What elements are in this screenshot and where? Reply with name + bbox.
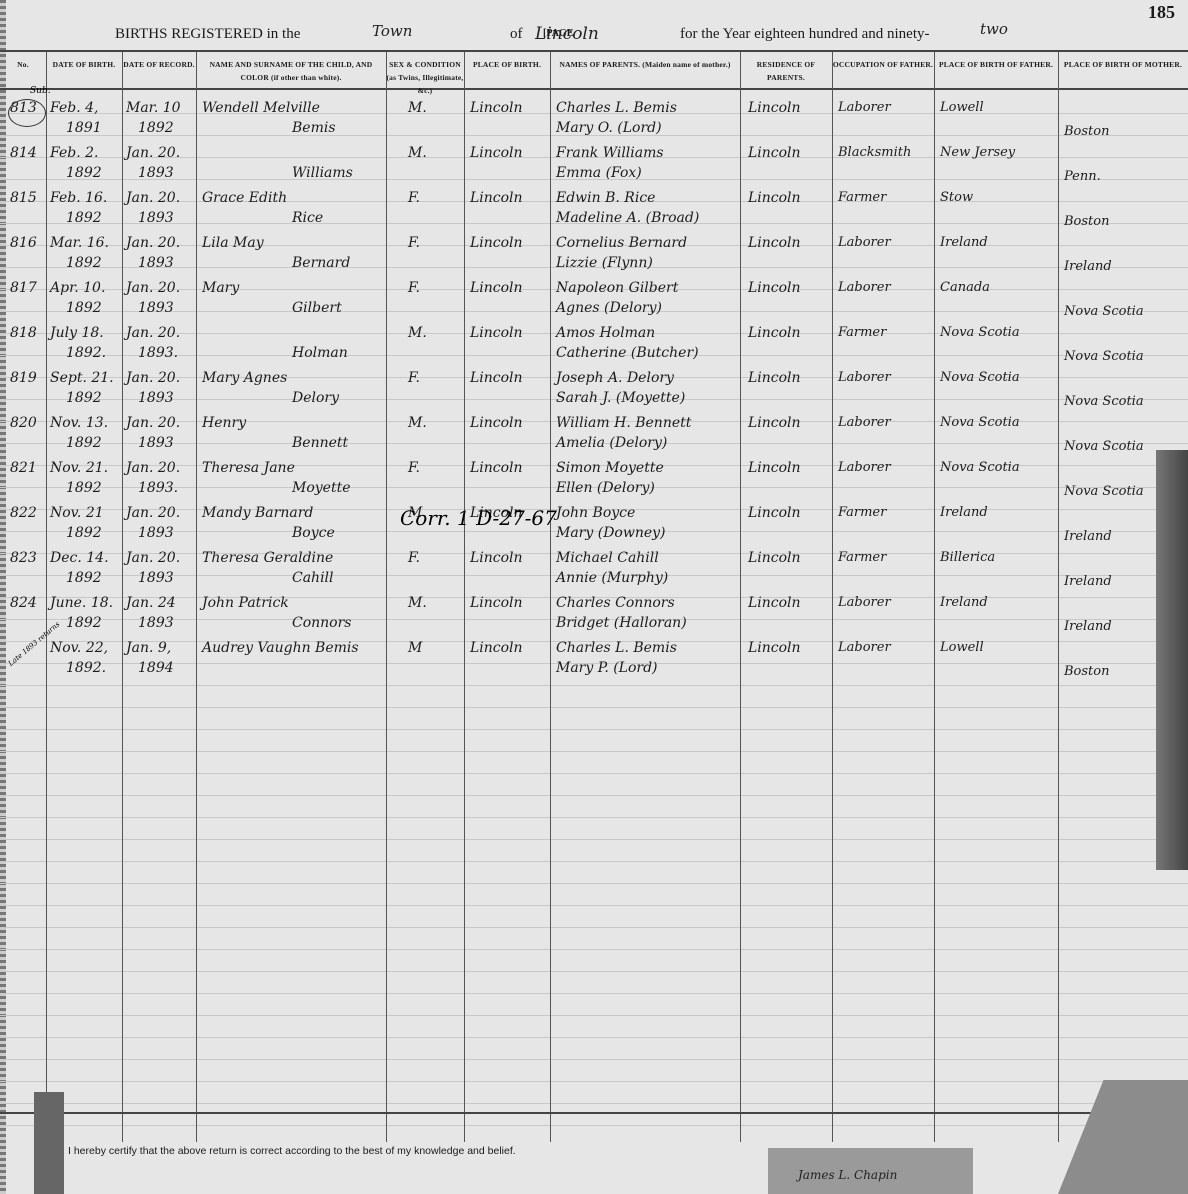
title-prefix: BIRTHS REGISTERED in the xyxy=(115,26,300,43)
record-day: Jan. 24 xyxy=(126,595,176,611)
child-surname: Boyce xyxy=(292,525,335,541)
father-name: Charles Connors xyxy=(556,595,675,611)
father-birthplace: Nova Scotia xyxy=(940,415,1020,430)
mother-birthplace: Nova Scotia xyxy=(1064,394,1144,409)
tape-strip xyxy=(34,1092,64,1194)
table-row: 813Feb. 4,1891Mar. 101892Wendell Melvill… xyxy=(0,96,1188,141)
record-day: Jan. 20. xyxy=(126,370,180,386)
birth-place: Lincoln xyxy=(470,145,523,161)
father-birthplace: Ireland xyxy=(940,235,988,250)
amendment-822: Corr. 1 D-27-67 xyxy=(400,506,557,530)
record-year: 1893 xyxy=(138,255,174,271)
child-surname: Williams xyxy=(292,165,353,181)
mother-birthplace: Ireland xyxy=(1064,619,1112,634)
birth-place: Lincoln xyxy=(470,325,523,341)
child-sex: M. xyxy=(408,145,427,161)
birth-place: Lincoln xyxy=(470,415,523,431)
birth-day: Nov. 21 xyxy=(50,505,104,521)
table-row: 816Mar. 16.1892Jan. 20.1893Lila MayBerna… xyxy=(0,231,1188,276)
father-birthplace: Lowell xyxy=(940,640,984,655)
municipality-type: Town xyxy=(372,22,412,40)
child-sex: M. xyxy=(408,100,427,116)
record-day: Jan. 9, xyxy=(126,640,171,656)
father-birthplace: Lowell xyxy=(940,100,984,115)
birth-place: Lincoln xyxy=(470,640,523,656)
father-occupation: Laborer xyxy=(838,640,891,655)
col-header-no: No. xyxy=(0,52,46,90)
birth-day: Sept. 21. xyxy=(50,370,114,386)
record-day: Jan. 20. xyxy=(126,505,180,521)
table-row: 821Nov. 21.1892Jan. 20.1893.Theresa Jane… xyxy=(0,456,1188,501)
record-year: 1893. xyxy=(138,480,178,496)
table-row: 818July 18.1892.Jan. 20.1893.HolmanM.Lin… xyxy=(0,321,1188,366)
parents-residence: Lincoln xyxy=(748,145,801,161)
parents-residence: Lincoln xyxy=(748,595,801,611)
birth-year: 1892 xyxy=(66,210,102,226)
birth-year: 1892 xyxy=(66,165,102,181)
table-row: 823Dec. 14.1892Jan. 20.1893Theresa Geral… xyxy=(0,546,1188,591)
entry-number: 814 xyxy=(10,145,37,161)
child-surname: Holman xyxy=(292,345,348,361)
father-birthplace: New Jersey xyxy=(940,145,1015,160)
father-birthplace: Nova Scotia xyxy=(940,370,1020,385)
entry-number: 820 xyxy=(10,415,37,431)
child-sex: M xyxy=(408,640,422,656)
birth-day: Nov. 21. xyxy=(50,460,108,476)
child-surname: Delory xyxy=(292,390,339,406)
birth-day: June. 18. xyxy=(50,595,113,611)
mother-name: Emma (Fox) xyxy=(556,165,642,181)
certification-text: I hereby certify that the above return i… xyxy=(68,1145,516,1157)
birth-year: 1892 xyxy=(66,255,102,271)
birth-year: 1892 xyxy=(66,435,102,451)
birth-day: Feb. 4, xyxy=(50,100,98,116)
parents-residence: Lincoln xyxy=(748,505,801,521)
child-sex: F. xyxy=(408,460,420,476)
mother-birthplace: Ireland xyxy=(1064,259,1112,274)
torn-edge xyxy=(1156,450,1188,870)
mother-name: Annie (Murphy) xyxy=(556,570,668,586)
child-sex: F. xyxy=(408,235,420,251)
mother-birthplace: Boston xyxy=(1064,664,1109,679)
of-label: of xyxy=(510,26,523,43)
entry-number: 816 xyxy=(10,235,37,251)
record-year: 1893 xyxy=(138,210,174,226)
table-row: 819Sept. 21.1892Jan. 20.1893Mary AgnesDe… xyxy=(0,366,1188,411)
register-page: BIRTHS REGISTERED in the Town of [PAGE L… xyxy=(0,0,1188,1194)
father-occupation: Farmer xyxy=(838,550,886,565)
birth-day: Nov. 13. xyxy=(50,415,108,431)
birth-day: Apr. 10. xyxy=(50,280,105,296)
year-label: for the Year eighteen hundred and ninety… xyxy=(680,26,930,43)
table-row: 824June. 18.1892Jan. 241893John PatrickC… xyxy=(0,591,1188,636)
mother-birthplace: Nova Scotia xyxy=(1064,439,1144,454)
birth-place: Lincoln xyxy=(470,280,523,296)
father-name: Simon Moyette xyxy=(556,460,664,476)
father-name: Michael Cahill xyxy=(556,550,659,566)
birth-day: Feb. 2. xyxy=(50,145,98,161)
father-occupation: Laborer xyxy=(838,415,891,430)
child-sex: F. xyxy=(408,190,420,206)
mother-birthplace: Boston xyxy=(1064,124,1109,139)
parents-residence: Lincoln xyxy=(748,190,801,206)
entry-number: 822 xyxy=(10,505,37,521)
father-occupation: Laborer xyxy=(838,460,891,475)
mother-birthplace: Nova Scotia xyxy=(1064,304,1144,319)
mother-birthplace: Boston xyxy=(1064,214,1109,229)
father-occupation: Blacksmith xyxy=(838,145,911,160)
parents-residence: Lincoln xyxy=(748,235,801,251)
mother-name: Mary (Downey) xyxy=(556,525,666,541)
mother-name: Catherine (Butcher) xyxy=(556,345,699,361)
father-occupation: Farmer xyxy=(838,325,886,340)
record-day: Jan. 20. xyxy=(126,460,180,476)
child-surname: Rice xyxy=(292,210,323,226)
entry-number: 824 xyxy=(10,595,37,611)
record-year: 1893 xyxy=(138,570,174,586)
father-birthplace: Stow xyxy=(940,190,973,205)
father-occupation: Laborer xyxy=(838,235,891,250)
record-year: 1893 xyxy=(138,300,174,316)
table-row: 820Nov. 13.1892Jan. 20.1893HenryBennettM… xyxy=(0,411,1188,456)
birth-place: Lincoln xyxy=(470,190,523,206)
father-occupation: Laborer xyxy=(838,280,891,295)
father-birthplace: Ireland xyxy=(940,505,988,520)
record-year: 1892 xyxy=(138,120,174,136)
child-surname: Bernard xyxy=(292,255,350,271)
birth-day: July 18. xyxy=(50,325,104,341)
table-bottom-rule xyxy=(0,1112,1188,1114)
father-birthplace: Nova Scotia xyxy=(940,325,1020,340)
child-given-name: Theresa Jane xyxy=(202,460,295,476)
father-occupation: Laborer xyxy=(838,370,891,385)
signature-box: James L. Chapin xyxy=(768,1148,973,1194)
birth-day: Feb. 16. xyxy=(50,190,107,206)
child-given-name: Theresa Geraldine xyxy=(202,550,333,566)
birth-year: 1892 xyxy=(66,480,102,496)
signature: James L. Chapin xyxy=(798,1168,897,1182)
table-row: 822Nov. 211892Jan. 20.1893Mandy BarnardB… xyxy=(0,501,1188,546)
record-year: 1893. xyxy=(138,345,178,361)
col-header-mother-birth: PLACE OF BIRTH OF MOTHER. xyxy=(1058,52,1188,90)
child-sex: M. xyxy=(408,595,427,611)
record-day: Jan. 20. xyxy=(126,550,180,566)
father-birthplace: Ireland xyxy=(940,595,988,610)
birth-year: 1891 xyxy=(66,120,102,136)
entry-number-circle xyxy=(8,99,46,127)
mother-birthplace: Ireland xyxy=(1064,574,1112,589)
table-row: Nov. 22,1892.Jan. 9,1894Audrey Vaughn Be… xyxy=(0,636,1188,681)
mother-name: Amelia (Delory) xyxy=(556,435,667,451)
record-year: 1893 xyxy=(138,435,174,451)
father-name: Charles L. Bemis xyxy=(556,100,677,116)
birth-place: Lincoln xyxy=(470,595,523,611)
record-year: 1893 xyxy=(138,615,174,631)
birth-day: Mar. 16. xyxy=(50,235,109,251)
mother-birthplace: Penn. xyxy=(1064,169,1101,184)
father-birthplace: Nova Scotia xyxy=(940,460,1020,475)
col-header-place: PLACE OF BIRTH. xyxy=(464,52,550,90)
record-day: Jan. 20. xyxy=(126,415,180,431)
mother-name: Lizzie (Flynn) xyxy=(556,255,653,271)
table-row: 817Apr. 10.1892Jan. 20.1893MaryGilbertF.… xyxy=(0,276,1188,321)
birth-year: 1892 xyxy=(66,300,102,316)
birth-year: 1892 xyxy=(66,570,102,586)
entry-number: 815 xyxy=(10,190,37,206)
child-surname: Bennett xyxy=(292,435,348,451)
father-occupation: Farmer xyxy=(838,505,886,520)
child-given-name: Mary xyxy=(202,280,239,296)
entry-number: 819 xyxy=(10,370,37,386)
child-given-name: John Patrick xyxy=(202,595,289,611)
mother-name: Agnes (Delory) xyxy=(556,300,662,316)
year-suffix: two xyxy=(980,20,1008,38)
record-year: 1894 xyxy=(138,660,174,676)
birth-place: Lincoln xyxy=(470,460,523,476)
col-header-name: NAME AND SURNAME OF THE CHILD, AND COLOR… xyxy=(196,52,386,90)
entry-number: 817 xyxy=(10,280,37,296)
birth-place: Lincoln xyxy=(470,100,523,116)
mother-name: Madeline A. (Broad) xyxy=(556,210,699,226)
margin-note-813: Sub. xyxy=(30,86,51,96)
col-header-father-birth: PLACE OF BIRTH OF FATHER. xyxy=(934,52,1058,90)
parents-residence: Lincoln xyxy=(748,325,801,341)
birth-year: 1892 xyxy=(66,390,102,406)
child-given-name: Audrey Vaughn Bemis xyxy=(202,640,359,656)
parents-residence: Lincoln xyxy=(748,370,801,386)
mother-name: Ellen (Delory) xyxy=(556,480,655,496)
table-row: 815Feb. 16.1892Jan. 20.1893Grace EdithRi… xyxy=(0,186,1188,231)
entry-number: 823 xyxy=(10,550,37,566)
father-name: Charles L. Bemis xyxy=(556,640,677,656)
child-sex: F. xyxy=(408,370,420,386)
father-name: John Boyce xyxy=(556,505,635,521)
father-name: William H. Bennett xyxy=(556,415,691,431)
birth-day: Dec. 14. xyxy=(50,550,109,566)
mother-name: Bridget (Halloran) xyxy=(556,615,687,631)
col-header-dob: DATE OF BIRTH. xyxy=(46,52,122,90)
record-year: 1893 xyxy=(138,525,174,541)
col-header-occupation: OCCUPATION OF FATHER. xyxy=(832,52,934,90)
municipality-name: Lincoln xyxy=(535,24,599,44)
child-given-name: Grace Edith xyxy=(202,190,287,206)
child-surname: Moyette xyxy=(292,480,351,496)
record-year: 1893 xyxy=(138,165,174,181)
col-header-record: DATE OF RECORD. xyxy=(122,52,196,90)
father-occupation: Laborer xyxy=(838,100,891,115)
record-day: Mar. 10 xyxy=(126,100,181,116)
child-surname: Gilbert xyxy=(292,300,342,316)
register-title: BIRTHS REGISTERED in the Town of [PAGE L… xyxy=(0,22,1188,52)
child-surname: Cahill xyxy=(292,570,334,586)
record-day: Jan. 20. xyxy=(126,145,180,161)
mother-name: Mary P. (Lord) xyxy=(556,660,658,676)
parents-residence: Lincoln xyxy=(748,415,801,431)
parents-residence: Lincoln xyxy=(748,640,801,656)
record-day: Jan. 20. xyxy=(126,235,180,251)
mother-name: Sarah J. (Moyette) xyxy=(556,390,685,406)
child-surname: Bemis xyxy=(292,120,336,136)
father-occupation: Laborer xyxy=(838,595,891,610)
child-sex: M. xyxy=(408,415,427,431)
parents-residence: Lincoln xyxy=(748,100,801,116)
table-row: 814Feb. 2.1892Jan. 20.1893WilliamsM.Linc… xyxy=(0,141,1188,186)
parents-residence: Lincoln xyxy=(748,280,801,296)
record-day: Jan. 20. xyxy=(126,325,180,341)
child-given-name: Mary Agnes xyxy=(202,370,287,386)
birth-place: Lincoln xyxy=(470,235,523,251)
birth-year: 1892. xyxy=(66,660,106,676)
father-name: Cornelius Bernard xyxy=(556,235,687,251)
birth-year: 1892. xyxy=(66,345,106,361)
mother-birthplace: Ireland xyxy=(1064,529,1112,544)
col-header-sex: SEX & CONDITION (as Twins, Illegitimate,… xyxy=(386,52,464,90)
mother-birthplace: Nova Scotia xyxy=(1064,484,1144,499)
birth-year: 1892 xyxy=(66,525,102,541)
record-day: Jan. 20. xyxy=(126,190,180,206)
child-given-name: Wendell Melville xyxy=(202,100,320,116)
child-sex: M. xyxy=(408,325,427,341)
child-sex: F. xyxy=(408,280,420,296)
father-name: Amos Holman xyxy=(556,325,655,341)
entry-number: 821 xyxy=(10,460,37,476)
father-occupation: Farmer xyxy=(838,190,886,205)
father-birthplace: Canada xyxy=(940,280,990,295)
father-name: Napoleon Gilbert xyxy=(556,280,678,296)
birth-day: Nov. 22, xyxy=(50,640,108,656)
father-birthplace: Billerica xyxy=(940,550,995,565)
col-header-residence: RESIDENCE OF PARENTS. xyxy=(740,52,832,90)
entry-number: 818 xyxy=(10,325,37,341)
father-name: Edwin B. Rice xyxy=(556,190,655,206)
child-given-name: Henry xyxy=(202,415,246,431)
father-name: Frank Williams xyxy=(556,145,664,161)
mother-birthplace: Nova Scotia xyxy=(1064,349,1144,364)
child-given-name: Lila May xyxy=(202,235,264,251)
child-given-name: Mandy Barnard xyxy=(202,505,313,521)
col-header-parents: NAMES OF PARENTS. (Maiden name of mother… xyxy=(550,52,740,90)
father-name: Joseph A. Delory xyxy=(556,370,674,386)
record-day: Jan. 20. xyxy=(126,280,180,296)
record-year: 1893 xyxy=(138,390,174,406)
mother-name: Mary O. (Lord) xyxy=(556,120,662,136)
child-sex: F. xyxy=(408,550,420,566)
child-surname: Connors xyxy=(292,615,351,631)
birth-year: 1892 xyxy=(66,615,102,631)
birth-place: Lincoln xyxy=(470,550,523,566)
parents-residence: Lincoln xyxy=(748,460,801,476)
page-number: 185 xyxy=(1148,2,1175,23)
parents-residence: Lincoln xyxy=(748,550,801,566)
birth-place: Lincoln xyxy=(470,370,523,386)
